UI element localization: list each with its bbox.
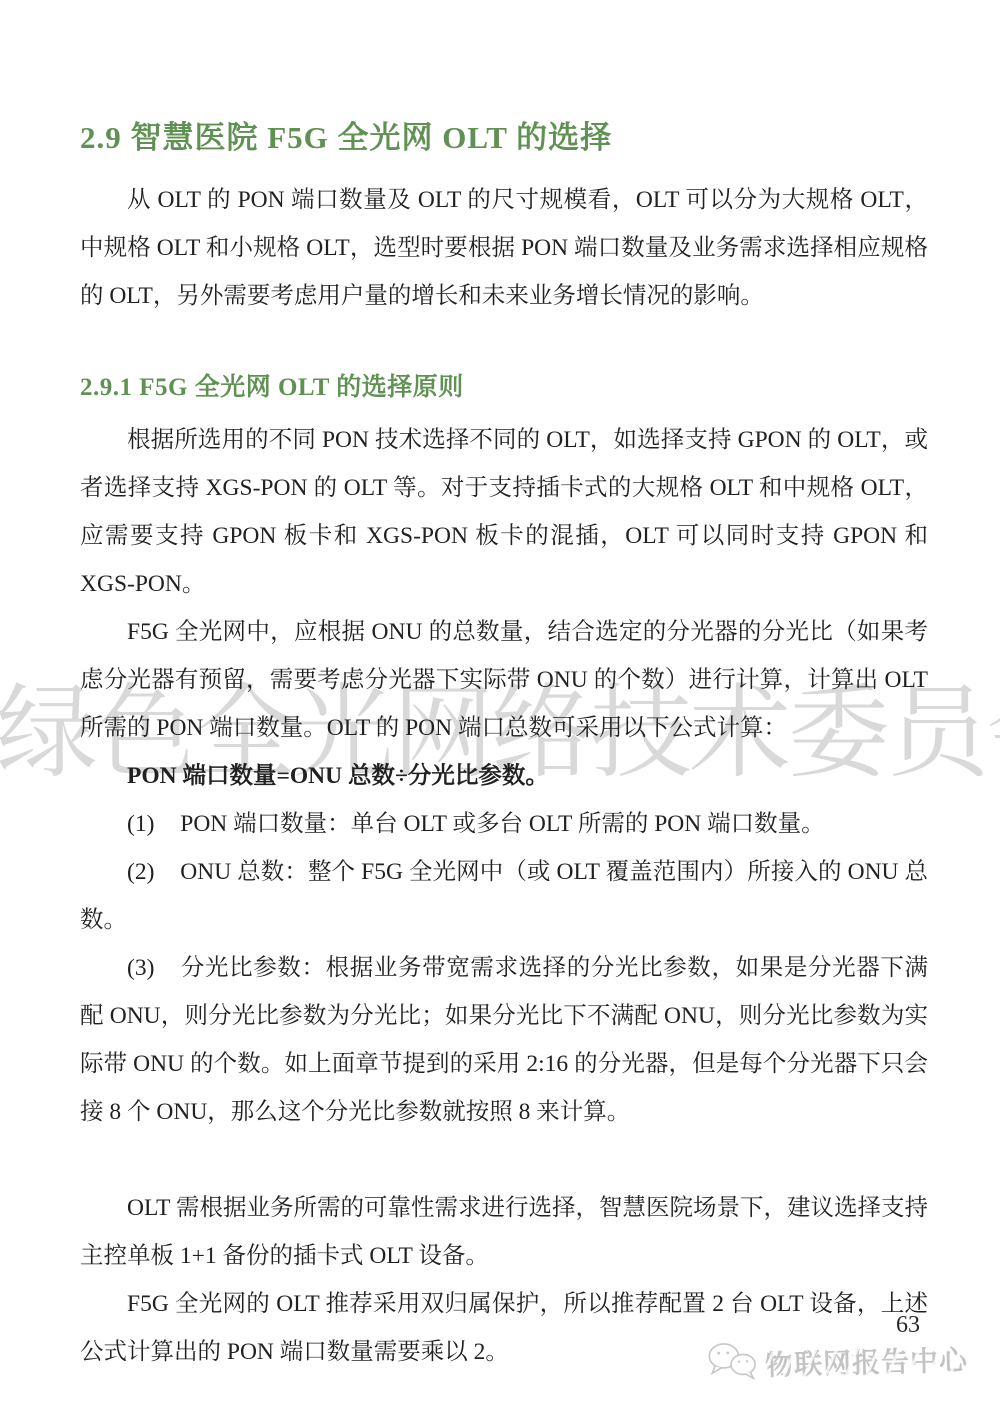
list-item-2-marker: (2) xyxy=(127,859,180,885)
paragraph-calc: F5G 全光网中，应根据 ONU 的总数量，结合选定的分光器的分光比（如果考虑分… xyxy=(80,608,928,752)
page-content: 2.9 智慧医院 F5G 全光网 OLT 的选择 从 OLT 的 PON 端口数… xyxy=(0,116,1000,1376)
list-item-2-text: ONU 总数：整个 F5G 全光网中（或 OLT 覆盖范围内）所接入的 ONU … xyxy=(80,859,928,933)
formula-line: PON 端口数量=ONU 总数÷分光比参数。 xyxy=(80,752,928,800)
list-item-2: (2)ONU 总数：整个 F5G 全光网中（或 OLT 覆盖范围内）所接入的 O… xyxy=(80,848,928,944)
list-item-3: (3)分光比参数：根据业务带宽需求选择的分光比参数，如果是分光器下满配 ONU，… xyxy=(80,944,928,1136)
list-item-1-marker: (1) xyxy=(127,811,180,837)
subsection-title: 2.9.1 F5G 全光网 OLT 的选择原则 xyxy=(80,370,928,406)
paragraph-reliability: OLT 需根据业务所需的可靠性需求进行选择，智慧医院场景下，建议选择支持主控单板… xyxy=(80,1184,928,1280)
logo-text: 物联网报告中心 xyxy=(764,1338,968,1383)
publisher-logo: 物联网报告中心 xyxy=(706,1335,968,1389)
document-page: 绿色全光网络技术委员会 2.9 智慧医院 F5G 全光网 OLT 的选择 从 O… xyxy=(0,0,1000,1404)
list-item-3-marker: (3) xyxy=(127,955,180,981)
section-title: 2.9 智慧医院 F5G 全光网 OLT 的选择 xyxy=(80,116,928,160)
list-item-1-text: PON 端口数量：单台 OLT 或多台 OLT 所需的 PON 端口数量。 xyxy=(180,811,824,837)
list-item-3-text: 分光比参数：根据业务带宽需求选择的分光比参数，如果是分光器下满配 ONU，则分光… xyxy=(80,955,928,1125)
paragraph-pon-tech: 根据所选用的不同 PON 技术选择不同的 OLT，如选择支持 GPON 的 OL… xyxy=(80,416,928,608)
paragraph-section-intro: 从 OLT 的 PON 端口数量及 OLT 的尺寸规模看，OLT 可以分为大规格… xyxy=(80,176,928,320)
wechat-icon xyxy=(706,1340,759,1388)
list-item-1: (1)PON 端口数量：单台 OLT 或多台 OLT 所需的 PON 端口数量。 xyxy=(80,800,928,848)
